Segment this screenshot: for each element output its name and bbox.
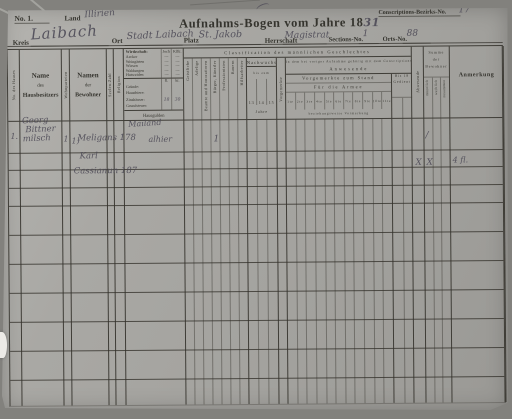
form-paper: No. 1. Land Illirien Aufnahms-Bogen vom … — [2, 8, 508, 410]
year-handwriting: 31 — [363, 16, 380, 29]
hausbesitzer-header-line1: Name — [32, 72, 50, 80]
class-column-header: Hilfsarbeiter — [240, 60, 244, 85]
hausbesitzer-entry: Georg Bittner milsch — [22, 116, 56, 144]
sections-no-value: 1 — [363, 29, 369, 39]
kreis-value-handwriting: Laibach — [30, 21, 98, 43]
platz-value-handwriting: St. Jakob — [199, 29, 242, 40]
class-column-header: Geistliche — [186, 61, 190, 81]
value-row-label: Zinshäuser: — [124, 98, 161, 103]
hausbesitzer-header-line3: Hausbesitzers — [23, 93, 59, 99]
sheet-number: No. 1. — [14, 14, 49, 24]
armee-class: 2te — [296, 93, 306, 110]
armee-class: 9te — [363, 92, 373, 109]
armee-class: 10te — [373, 92, 383, 109]
class-column-header: Professionisten — [222, 60, 226, 90]
summe-subcolumn: zusammen — [443, 79, 447, 97]
class-column-header: Beamte und Honoratioren — [204, 60, 208, 111]
nachwuchs-subtext: bis zum — [247, 67, 276, 79]
land-row-label: Hutweiden — [124, 73, 161, 78]
aufnahms-bogen-form: No. 1. Land Illirien Aufnahms-Bogen vom … — [0, 6, 509, 412]
bewohner-entry-line: Karl — [80, 151, 98, 161]
haus-nummer-header: No. des Hauses — [11, 70, 15, 100]
bewohner-header-line1: Namen — [77, 71, 98, 79]
column-bewohner: Namen der Bewohner — [70, 49, 110, 405]
wirthschaft-title: Wirthschaft: — [124, 49, 161, 54]
classification-section: Classification des männlichen Geschlecht… — [184, 47, 415, 405]
bis18-line2: Gedient — [392, 80, 412, 86]
anwesende-group: In dem bei voriger Aufnahme gehörig mit … — [286, 57, 415, 404]
wirthschaft-land-box: Wirthschaft: Joch Klftr. Aecker—— Weingä… — [124, 49, 183, 79]
religion-header: Religion — [116, 76, 120, 93]
tally-mark: 1 — [213, 134, 219, 144]
bewohner-header-line2: der — [85, 83, 91, 88]
platz-label: Platz — [184, 36, 199, 44]
armee-class: 6te — [334, 92, 344, 109]
bewohner-entry-line: Cassianun 187 — [74, 166, 138, 176]
anmerkung-entry: 4 fl. — [453, 155, 469, 164]
nachwuchs-age: 14 — [257, 79, 267, 105]
bewohner-entry-line: Meligans 178 — [77, 133, 136, 143]
dash-value: — — [171, 73, 183, 78]
armee-class: 8te — [354, 92, 364, 109]
armee-class: 4te — [315, 92, 325, 109]
wirthschaft-ort-entry: alhier — [148, 135, 172, 144]
armee-class: 3te — [305, 93, 315, 110]
class-column-header: Adelige — [195, 60, 199, 75]
class-column-header: Bürger, Künstler — [213, 60, 217, 93]
class-column-header: Bauern — [231, 60, 235, 74]
armee-class: 5te — [325, 92, 335, 109]
nachwuchs-footer: Jahre — [247, 105, 276, 120]
form-title-text: Aufnahms-Bogen vom Jahre 18 — [179, 15, 363, 30]
bewohner-header-line3: Bewohner — [75, 92, 101, 98]
seelenzahl-header: Seelen-Zahl — [108, 73, 112, 97]
paper-crease — [190, 0, 260, 5]
summe-title-line: Bewohner — [424, 64, 449, 71]
nachwuchs-title: Nachwuchs — [247, 58, 276, 67]
scanned-document: No. 1. Land Illirien Aufnahms-Bogen vom … — [0, 0, 512, 419]
land-label: Land — [64, 14, 80, 22]
hausbesitzer-header-line2: des — [37, 84, 44, 89]
armee-class: 7te — [344, 92, 354, 109]
value-row-label: Hausthiere: — [124, 91, 161, 96]
vorgemerkte-header: Vorgemerkte — [279, 76, 283, 101]
nachwuchs-age: 15 — [267, 79, 276, 105]
anmerkung-header: Anmerkung — [459, 72, 495, 78]
summe-subcolumn: männlich — [426, 80, 430, 96]
nachwuchs-group: Nachwuchs bis zum 13 14 15 Jahre — [247, 58, 280, 404]
summe-subcolumn: weiblich — [435, 80, 439, 95]
conscription-district-label: Conscriptions-Bezirks-No. — [378, 9, 460, 17]
value-row-label: Gründe: — [124, 85, 161, 90]
x-mark: X — [416, 158, 422, 168]
haus-no-entry: 1. — [10, 132, 18, 141]
class-columns-group: Geistliche Adelige Beamte und Honoratior… — [184, 58, 250, 404]
abwesende-header: Abwesende — [415, 71, 419, 93]
column-anmerkung: Anmerkung — [450, 46, 507, 402]
census-table: No. des Hauses Name des Hausbesitzers Wo… — [7, 45, 506, 407]
column-wirthschaft: Wirthschaft: Joch Klftr. Aecker—— Weingä… — [124, 49, 187, 405]
bis18-header: Bis 18 Gedient — [392, 74, 412, 98]
land-value-handwriting: Illirien — [84, 8, 115, 20]
column-hausbesitzer: Name des Hausbesitzers — [20, 50, 65, 406]
value-row-label: Grundsteuer: — [124, 104, 161, 109]
conscription-district-value: 17 — [458, 5, 470, 15]
wohnpartei-entry: 1 — [63, 134, 68, 143]
nachwuchs-age: 13 — [247, 79, 257, 105]
hausbesitzer-entry-line: milsch — [23, 134, 57, 144]
x-mark: X — [427, 158, 433, 168]
dash-value: — — [161, 73, 171, 78]
wirthschaft-value-box: fl. kr. Gründe: Hausthiere: Zinshäuser:1… — [124, 79, 183, 111]
ort-label: Ort — [112, 37, 123, 45]
herrschaft-value-handwriting: Magistrat — [285, 30, 330, 40]
armee-class: 1te — [286, 93, 296, 110]
summe-group: Summe der Bewohner männlich weiblich zus… — [424, 46, 453, 402]
slash-mark: / — [425, 131, 428, 141]
armee-class: 11te — [382, 92, 391, 109]
wohnparteien-header: Wohnparteien — [63, 71, 67, 98]
orts-no-value: 88 — [407, 29, 419, 39]
summe-title: Summe der Bewohner — [424, 46, 449, 76]
